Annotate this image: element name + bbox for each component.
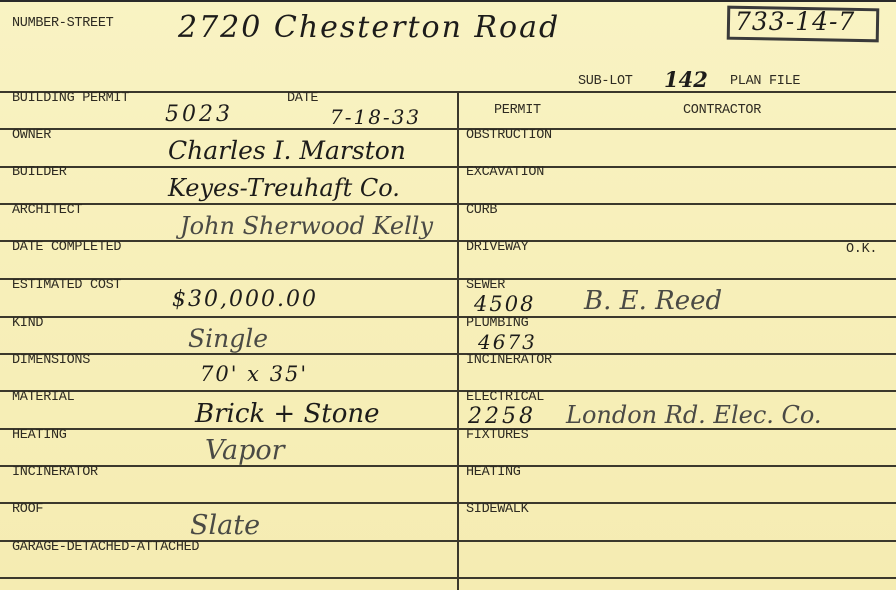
dimensions-label: DIMENSIONS	[12, 353, 90, 368]
kind-label: KIND	[12, 316, 43, 331]
builder-label: BUILDER	[12, 165, 67, 180]
rule	[0, 316, 896, 318]
building-permit-label: BUILDING PERMIT	[12, 91, 129, 106]
sidewalk-label: SIDEWALK	[466, 502, 528, 517]
estimated-cost-label: ESTIMATED COST	[12, 278, 121, 293]
rule	[0, 166, 896, 168]
rule	[0, 390, 896, 392]
architect-value: John Sherwood Kelly	[180, 212, 433, 240]
plan-file-label: PLAN FILE	[730, 74, 800, 89]
incinerator-permit-label: INCINERATOR	[466, 353, 552, 368]
roof-value: Slate	[190, 510, 260, 541]
driveway-note: O.K.	[846, 242, 877, 257]
garage-label: GARAGE-DETACHED-ATTACHED	[12, 540, 199, 555]
driveway-label: DRIVEWAY	[466, 240, 528, 255]
electrical-permit: 2258	[468, 404, 536, 429]
sewer-label: SEWER	[466, 278, 505, 293]
kind-value: Single	[188, 324, 268, 353]
heating-label: HEATING	[12, 428, 67, 443]
excavation-label: EXCAVATION	[466, 165, 544, 180]
rule	[0, 278, 896, 280]
incinerator-label: INCINERATOR	[12, 465, 98, 480]
curb-label: CURB	[466, 203, 497, 218]
contractor-column-header: CONTRACTOR	[683, 103, 761, 118]
heating-permit-label: HEATING	[466, 465, 521, 480]
rule	[0, 203, 896, 205]
sewer-contractor: B. E. Reed	[584, 286, 722, 316]
rule	[0, 353, 896, 355]
building-permit-card: NUMBER-STREET 2720 Chesterton Road 733-1…	[0, 0, 896, 590]
sub-lot-value: 142	[664, 67, 708, 92]
heating-value: Vapor	[205, 435, 285, 466]
number-street-value: 2720 Chesterton Road	[178, 10, 560, 45]
material-label: MATERIAL	[12, 390, 74, 405]
builder-value: Keyes-Treuhaft Co.	[168, 174, 400, 202]
plumbing-permit: 4673	[478, 330, 537, 354]
sewer-permit: 4508	[474, 292, 535, 316]
electrical-label: ELECTRICAL	[466, 390, 544, 405]
rule	[0, 577, 896, 579]
sub-lot-label: SUB-LOT	[578, 74, 633, 89]
number-street-label: NUMBER-STREET	[12, 16, 113, 31]
owner-label: OWNER	[12, 128, 51, 143]
rule	[0, 502, 896, 504]
dimensions-value: 70' x 35'	[200, 362, 308, 386]
material-value: Brick + Stone	[195, 399, 380, 429]
file-number: 733-14-7	[735, 7, 855, 36]
fixtures-label: FIXTURES	[466, 428, 528, 443]
building-permit-number: 5023	[165, 102, 233, 127]
rule	[0, 240, 896, 242]
electrical-contractor: London Rd. Elec. Co.	[566, 401, 822, 429]
architect-label: ARCHITECT	[12, 203, 82, 218]
date-completed-label: DATE COMPLETED	[12, 240, 121, 255]
rule	[0, 465, 896, 467]
column-divider	[457, 91, 459, 590]
estimated-cost-value: $30,000.00	[172, 287, 318, 312]
rule	[0, 128, 896, 130]
rule	[0, 91, 896, 93]
date-label: DATE	[287, 91, 318, 106]
owner-value: Charles I. Marston	[168, 136, 406, 165]
obstruction-label: OBSTRUCTION	[466, 128, 552, 143]
permit-date: 7-18-33	[330, 105, 421, 129]
plumbing-label: PLUMBING	[466, 316, 528, 331]
roof-label: ROOF	[12, 502, 43, 517]
permit-column-header: PERMIT	[494, 103, 541, 118]
